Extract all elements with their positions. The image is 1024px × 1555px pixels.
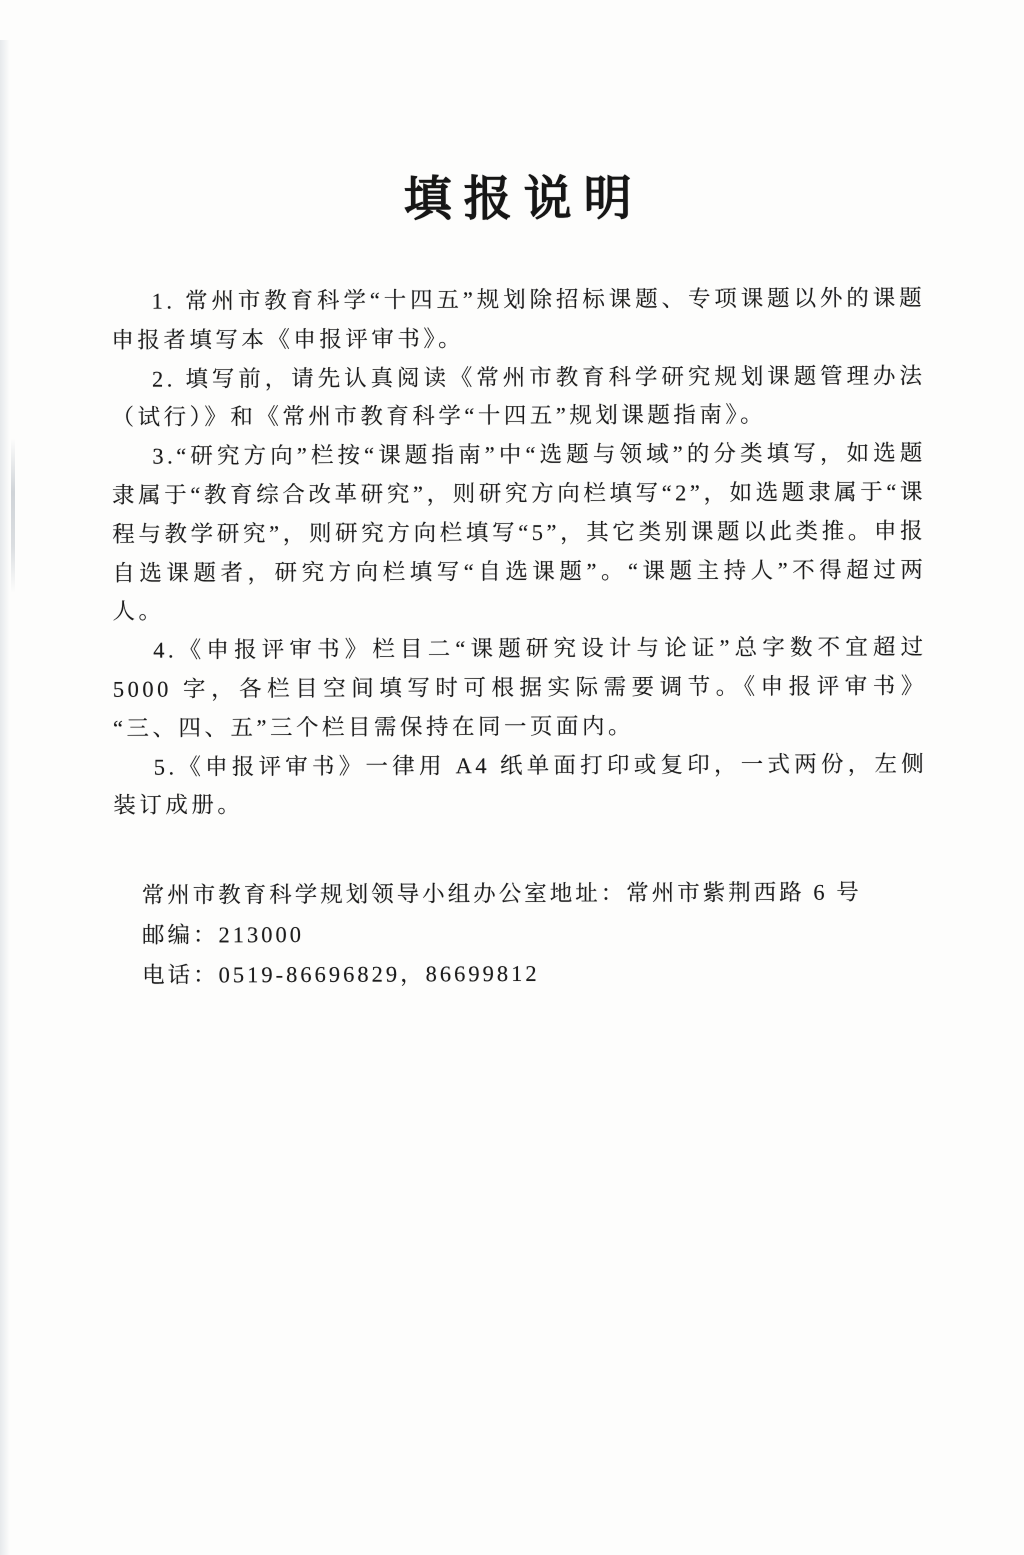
instruction-paragraph-3: 3.“研究方向”栏按“课题指南”中“选题与领域”的分类填写，如选题隶属于“教育综… xyxy=(112,434,927,632)
instructions-section: 1. 常州市教育科学“十四五”规划除招标课题、专项课题以外的课题申报者填写本《申… xyxy=(111,279,927,826)
scan-crease-mark xyxy=(11,438,15,593)
instruction-paragraph-5: 5.《申报评审书》一律用 A4 纸单面打印或复印，一式两份，左侧装订成册。 xyxy=(113,745,927,826)
document-content: 填报说明 1. 常州市教育科学“十四五”规划除招标课题、专项课题以外的课题申报者… xyxy=(110,0,928,996)
contact-postal-code: 邮编：213000 xyxy=(142,912,928,955)
instruction-paragraph-4: 4.《申报评审书》栏目二“课题研究设计与论证”总字数不宜超过 5000 字，各栏… xyxy=(113,628,928,748)
instruction-paragraph-2: 2. 填写前，请先认真阅读《常州市教育科学研究规划课题管理办法（试行）》和《常州… xyxy=(111,357,925,438)
contact-address: 常州市教育科学规划领导小组办公室地址：常州市紫荆西路 6 号 xyxy=(142,872,928,915)
contact-block: 常州市教育科学规划领导小组办公室地址：常州市紫荆西路 6 号 邮编：213000… xyxy=(114,872,929,996)
instruction-paragraph-1: 1. 常州市教育科学“十四五”规划除招标课题、专项课题以外的课题申报者填写本《申… xyxy=(111,279,925,360)
contact-phone: 电话：0519-86696829，86699812 xyxy=(142,952,928,995)
scan-edge-shadow xyxy=(0,40,10,1555)
page-title: 填报说明 xyxy=(111,158,925,231)
scanned-document-page: 填报说明 1. 常州市教育科学“十四五”规划除招标课题、专项课题以外的课题申报者… xyxy=(0,0,1024,1555)
